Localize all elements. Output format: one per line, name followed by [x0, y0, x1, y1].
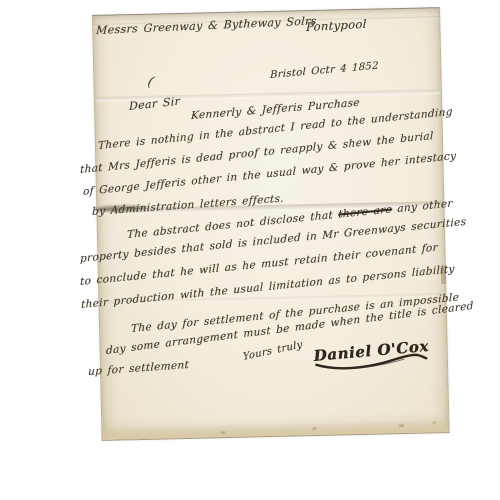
- photo-background: Messrs Greenway & Bytheway Solrs Pontypo…: [0, 0, 500, 500]
- aged-bottom-edge: [102, 419, 448, 440]
